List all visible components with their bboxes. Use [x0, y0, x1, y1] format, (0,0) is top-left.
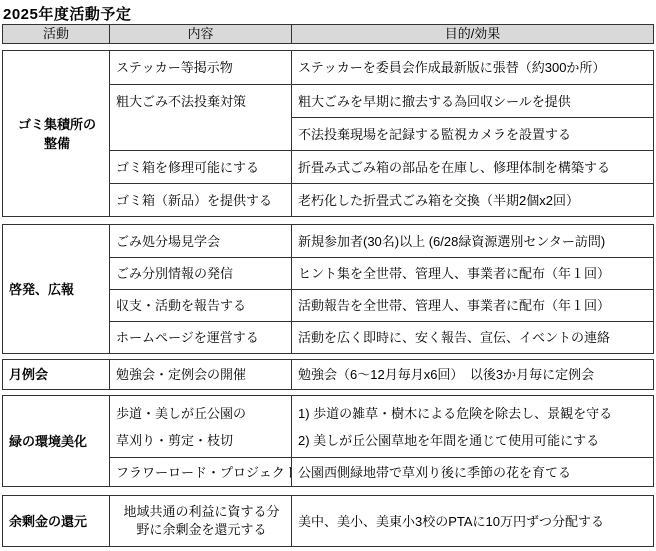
purpose-cell: 公園西側緑地帯で草刈り後に季節の花を育てる — [291, 457, 653, 486]
page-title: 2025年度活動予定 — [3, 3, 131, 24]
content-cell: 地域共通の利益に資する分 野に余剰金を還元する — [109, 496, 291, 546]
activity-cell: 余剰金の還元 — [3, 496, 109, 546]
content-cell: ごみ処分場見学会 — [109, 225, 291, 257]
group-getsureikai: 月例会 勉強会・定例会の開催 勉強会（6〜12月毎月x6回） 以後3か月毎に定例… — [2, 359, 654, 390]
purpose-cell: ヒント集を全世帯、管理人、事業者に配布（年１回） — [291, 257, 653, 289]
activity-cell: 啓発、広報 — [3, 225, 109, 353]
purpose-cell: 不法投棄現場を記録する監視カメラを設置する — [291, 117, 653, 150]
header-cell-activity: 活動 — [3, 25, 109, 43]
content-cell: ステッカー等掲示物 — [109, 51, 291, 84]
content-cell: ホームページを運営する — [109, 321, 291, 353]
purpose-cell: 美中、美小、美東小3校のPTAに10万円ずつ分配する — [291, 496, 653, 546]
content-cell: 勉強会・定例会の開催 — [109, 360, 291, 389]
content-cell: 収支・活動を報告する — [109, 289, 291, 321]
purpose-cell: 折畳み式ごみ箱の部品を在庫し、修理体制を構築する — [291, 150, 653, 183]
purpose-cell: 粗大ごみを早期に撤去する為回収シールを提供 — [291, 84, 653, 117]
content-cell: 歩道・美しが丘公園の 草刈り・剪定・枝切 — [109, 396, 291, 457]
table-header: 活動 内容 目的/効果 — [2, 24, 654, 44]
header-cell-purpose: 目的/効果 — [291, 25, 653, 43]
purpose-cell: 老朽化した折畳式ごみ箱を交換（半期2個x2回） — [291, 183, 653, 216]
activity-cell: ゴミ集積所の 整備 — [3, 51, 109, 216]
activity-cell: 緑の環境美化 — [3, 396, 109, 486]
purpose-cell: 1) 歩道の雑草・樹木による危険を除去し、景観を守る 2) 美しが丘公園草地を年… — [291, 396, 653, 457]
purpose-cell: 勉強会（6〜12月毎月x6回） 以後3か月毎に定例会 — [291, 360, 653, 389]
content-cell: ゴミ箱（新品）を提供する — [109, 183, 291, 216]
purpose-cell: 活動報告を全世帯、管理人、事業者に配布（年１回） — [291, 289, 653, 321]
content-cell: ゴミ箱を修理可能にする — [109, 150, 291, 183]
purpose-cell: ステッカーを委員会作成最新版に張替（約300か所） — [291, 51, 653, 84]
content-cell: ごみ分別情報の発信 — [109, 257, 291, 289]
group-yojokin-kangen: 余剰金の還元 地域共通の利益に資する分 野に余剰金を還元する 美中、美小、美東小… — [2, 495, 654, 547]
purpose-cell: 新規参加者(30名)以上 (6/28緑資源選別センター訪問) — [291, 225, 653, 257]
content-cell: 粗大ごみ不法投棄対策 — [109, 84, 291, 150]
activity-cell: 月例会 — [3, 360, 109, 389]
group-midori-bika: 緑の環境美化 歩道・美しが丘公園の 草刈り・剪定・枝切 フラワーロード・プロジェ… — [2, 395, 654, 487]
group-gomi-shusekisho: ゴミ集積所の 整備 ステッカー等掲示物 粗大ごみ不法投棄対策 ゴミ箱を修理可能に… — [2, 50, 654, 217]
group-keihatsu-koho: 啓発、広報 ごみ処分場見学会 ごみ分別情報の発信 収支・活動を報告する ホームペ… — [2, 224, 654, 354]
header-cell-content: 内容 — [109, 25, 291, 43]
content-cell: フラワーロード・プロジェクト — [109, 457, 291, 486]
purpose-cell: 活動を広く即時に、安く報告、宣伝、イベントの連絡 — [291, 321, 653, 353]
